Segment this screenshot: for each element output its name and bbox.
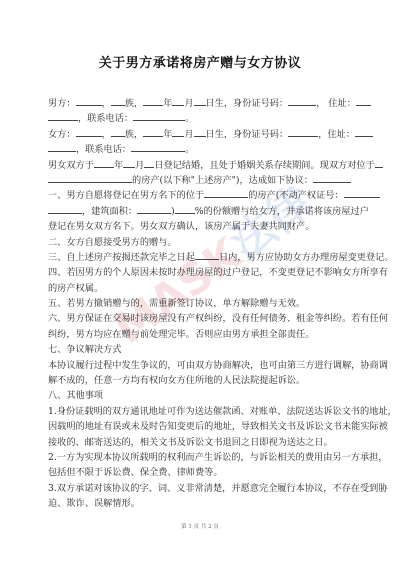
clause-4-line-1: 四、若因男方的个人原因未按时办理房屋的过户登记，不变更登记不影响女方所享有 [48, 265, 354, 280]
male-birth-month-blank [172, 96, 184, 106]
male-address-blank-cont [48, 111, 78, 121]
clause-7-heading: 七、争议解决方式 [48, 342, 354, 357]
male-address-blank [356, 96, 371, 106]
female-birth-month-blank [172, 127, 184, 137]
property-location-blank-cont [48, 173, 132, 183]
clause-1-line-1: 一、男方自愿将登记在男方名下的位于的房产(不动产权证号： [48, 188, 354, 203]
male-name-blank [76, 96, 102, 106]
female-ethnicity-blank [111, 127, 125, 137]
marriage-year-blank [94, 158, 114, 168]
clause-5: 五、若男方撤销赠与的，需重新签订协议，单方解除赠与无效。 [48, 296, 354, 311]
transfer-days-blank [195, 250, 219, 260]
certificate-number-blank [344, 188, 380, 198]
female-birth-year-blank [143, 127, 163, 137]
female-address-blank [355, 127, 373, 137]
male-party-line-2: ，联系电话：。 [48, 111, 354, 126]
clause-8-3-line-1: 3.双方承诺对该协议的字、词、义非常清楚，并愿意完全履行本协议，不存在受到胁 [48, 481, 354, 496]
building-area-blank [137, 204, 171, 214]
intro-line-1: 男女双方于年月日登记结婚，且处于婚姻关系存续期间。现双方对位于 [48, 158, 354, 173]
clause-8-2-line-1: 2.一方为实现本协议所载明的权利而产生诉讼的，与诉讼相关的费用由另一方承担， [48, 450, 354, 465]
clause-6-line-1: 六、男方保证在交易时该房屋没有产权纠纷，没有任何债务、租金等纠纷。若有任何 [48, 311, 354, 326]
share-percent-blank [175, 204, 195, 214]
intro-trailing-blank [313, 173, 351, 183]
clause-1-line-3: 登记在男女双方名下。男女双方确认，该房产属于夫妻共同财产。 [48, 219, 354, 234]
female-id-blank [288, 127, 318, 137]
male-party-line-1: 男方：，族，年月日生，身份证号码：， 住址： [48, 96, 354, 111]
clause-4-line-2: 的房产权属。 [48, 281, 354, 296]
certificate-number-blank-cont [48, 204, 82, 214]
clause-3: 三、自上述房产按揭还款完毕之日起日内，男方应协助女方办理房屋变更登记。 [48, 250, 354, 265]
document-body: 男方：，族，年月日生，身份证号码：， 住址： ，联系电话：。 女方：，族，年月日… [48, 96, 354, 512]
marriage-month-blank [123, 158, 135, 168]
male-id-blank [288, 96, 316, 106]
male-birth-year-blank [143, 96, 163, 106]
gift-property-location-blank [204, 188, 248, 198]
clause-8-1-line-3: 接收的、邮寄送达的，相关文书及诉讼文书退回之日即视为送达之日。 [48, 435, 354, 450]
female-phone-blank [131, 142, 185, 152]
clause-6-line-2: 纠纷，男方均应在赠与前处理完毕。否则应由男方承担全部责任。 [48, 327, 354, 342]
female-birth-day-blank [194, 127, 206, 137]
male-ethnicity-blank [111, 96, 125, 106]
male-phone-blank [133, 111, 185, 121]
female-address-blank-cont [48, 142, 76, 152]
document-title: 关于男方承诺将房产赠与女方协议 [0, 52, 400, 71]
clause-7-line-2: 解不成的，任意一方均有权向女方住所地的人民法院提起诉讼。 [48, 373, 354, 388]
clause-8-heading: 八、其他事项 [48, 388, 354, 403]
page-number: 第 1 页 共 2 页 [0, 522, 400, 530]
female-party-line-1: 女方：，族，年月日生，身份证号码：，住址： [48, 127, 354, 142]
clause-8-1-line-1: 1.身份证载明的双方通讯地址可作为送达催款函、对账单、法院送达诉讼文书的地址， [48, 404, 354, 419]
document-page: MASK法律 关于男方承诺将房产赠与女方协议 男方：，族，年月日生，身份证号码：… [0, 0, 400, 565]
clause-7-line-1: 本协议履行过程中发生争议的，可由双方协商解决，也可由第三方进行调解，协商调 [48, 358, 354, 373]
property-location-blank [375, 158, 383, 168]
clause-2: 二、女方自愿接受男方的赠与。 [48, 235, 354, 250]
intro-line-2: 的房产(以下称"上述房产")，达成如下协议： [48, 173, 354, 188]
clause-1-line-2: ，建筑面积：)%的份额赠与给女方，并承诺将该房屋过户 [48, 204, 354, 219]
female-party-line-2: ，联系电话：。 [48, 142, 354, 157]
female-name-blank [76, 127, 102, 137]
clause-8-1-line-2: 因载明的地址有误或未及时告知变更后的地址，导致相关文书及诉讼文书未能实际被 [48, 419, 354, 434]
clause-8-2-line-2: 包括但不限于诉讼费、保全费、律师费等。 [48, 465, 354, 480]
clause-8-3-line-2: 迫、欺诈、误解情形。 [48, 496, 354, 511]
male-birth-day-blank [194, 96, 206, 106]
marriage-day-blank [144, 158, 154, 168]
